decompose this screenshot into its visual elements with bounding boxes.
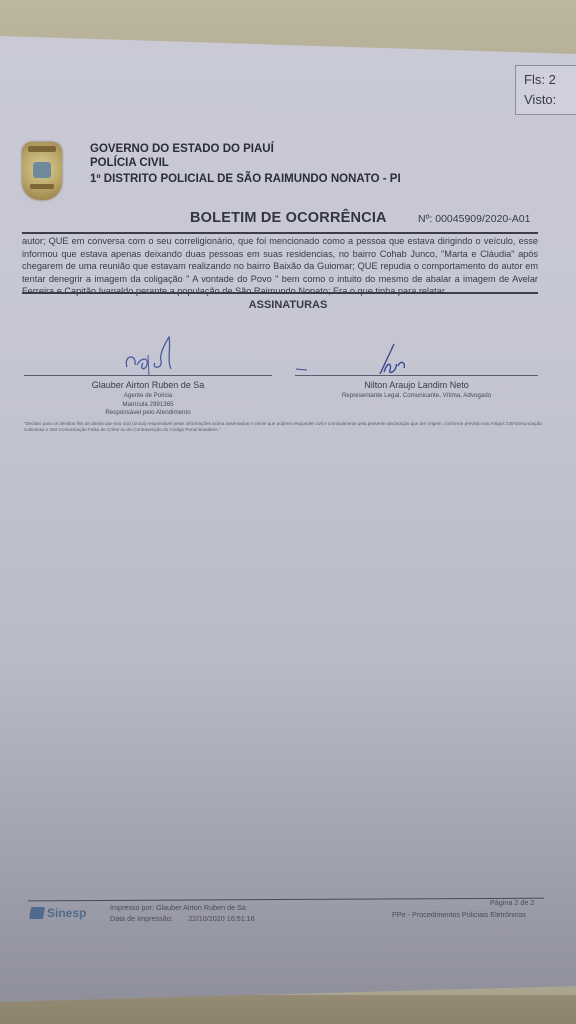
legal-disclaimer: "Declaro para os devidos fins de direito… (24, 421, 544, 433)
printed-by: Impresso por: Glauber Airton Ruben de Sa (110, 903, 246, 912)
sinesp-logo-text: Sinesp (47, 906, 86, 920)
page-stamp-box: Fls: 2 Visto: (515, 65, 576, 115)
document-title: BOLETIM DE OCORRÊNCIA (190, 210, 387, 226)
signatures-heading: ASSINATURAS (0, 299, 576, 311)
visto-label: Visto: (524, 90, 576, 110)
system-name: PPe - Procedimentos Policiais Eletrônico… (392, 910, 526, 919)
report-narrative: autor; QUE em conversa com o seu correli… (22, 235, 538, 298)
header-government: GOVERNO DO ESTADO DO PIAUÍ (90, 142, 401, 156)
signature-line-right (295, 375, 538, 376)
fls-label: Fls: (524, 72, 545, 87)
signer-left-name: Glauber Airton Ruben de Sa (24, 380, 272, 390)
title-divider (22, 232, 538, 234)
signature-line-left (24, 375, 272, 376)
signer-left-role: Agente de Polícia (24, 392, 272, 401)
signer-right-role: Representante Legal, Comunicante, Vítima… (295, 392, 538, 401)
signature-left-scribble (115, 335, 185, 375)
signer-left-details: Agente de Polícia Matrícula 2991365 Resp… (24, 392, 272, 418)
print-date-value: 22/10/2020 16:51:16 (189, 914, 255, 923)
header-district: 1º DISTRITO POLICIAL DE SÃO RAIMUNDO NON… (90, 172, 401, 186)
printed-by-value: Glauber Airton Ruben de Sa (156, 903, 246, 912)
printed-by-label: Impresso por: (110, 903, 154, 912)
print-date: Data de Impressão: 22/10/2020 16:51:16 (110, 914, 255, 923)
print-date-label: Data de Impressão: (110, 914, 173, 923)
report-number: Nº: 00045909/2020-A01 (418, 213, 530, 225)
signer-left-registration: Matrícula 2991365 (24, 401, 272, 410)
page-indicator: Página 2 de 2 (490, 898, 534, 907)
fls-value: 2 (549, 72, 556, 87)
sinesp-logo: Sinesp (30, 906, 86, 920)
signer-right-name: Nilton Araujo Landim Neto (295, 380, 538, 390)
header-agency: POLÍCIA CIVIL (90, 156, 401, 170)
signature-mark (295, 365, 309, 373)
policia-civil-badge-icon (22, 142, 62, 200)
signature-right-scribble (370, 340, 420, 380)
sinesp-logo-icon (29, 907, 45, 919)
signer-left-note: Responsável pelo Atendimento (24, 409, 272, 418)
narrative-divider (22, 292, 538, 294)
document-header: GOVERNO DO ESTADO DO PIAUÍ POLÍCIA CIVIL… (90, 142, 401, 186)
